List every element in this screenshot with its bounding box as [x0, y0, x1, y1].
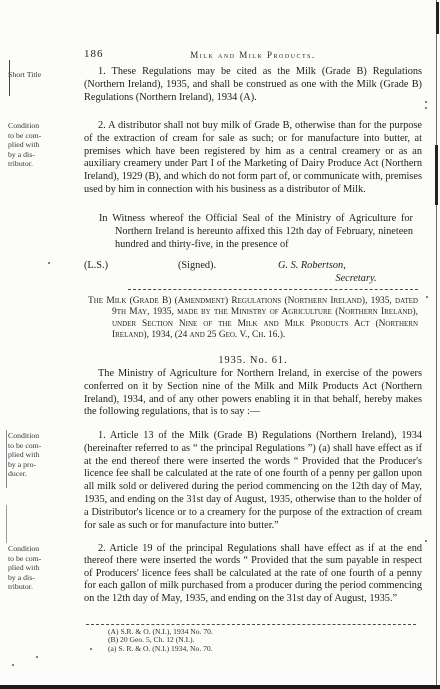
footnote-a: (a) S. R. & O. (N.I.) 1934, No. 70.	[108, 645, 408, 653]
signatory-title: Secretary.	[300, 273, 412, 284]
paragraph-2-distributor-condition: 2. A distributor shall not buy milk of G…	[84, 120, 422, 197]
signatory-name: G. S. Robertson,	[278, 260, 346, 271]
scan-artifact-right-edge-line	[436, 0, 437, 686]
signed-label: (Signed).	[178, 260, 216, 271]
preamble: The Ministry of Agriculture for Northern…	[84, 368, 422, 419]
running-header: Milk and Milk Products.	[84, 50, 422, 60]
scan-speck-5	[90, 648, 92, 650]
margin-note-condition-producer: Condition to be com- plied with by a pro…	[8, 431, 64, 479]
seal-mark: (L.S.)	[84, 260, 108, 271]
scan-artifact-left-line-2	[6, 430, 7, 488]
scan-speck-8	[425, 540, 427, 542]
witness-clause: In Witness whereof the Official Seal of …	[115, 213, 413, 251]
regulation-2-distributor-condition: 2. Article 19 of the principal Regulatio…	[84, 543, 422, 605]
scan-speck-6	[36, 656, 38, 658]
scan-artifact-right-thick-mark	[435, 145, 438, 205]
paragraph-1-short-title: 1. These Regulations may be cited as the…	[84, 66, 422, 104]
margin-note-condition-distributor-1: Condition to be com- plied with by a dis…	[8, 121, 64, 169]
section-divider-rule	[128, 289, 418, 290]
scan-speck-4	[48, 262, 50, 264]
scan-speck-3	[426, 296, 428, 298]
footnote-rule	[86, 624, 416, 625]
scan-speck-2	[425, 107, 427, 109]
scan-artifact-top-right-mark	[436, 2, 439, 34]
scan-artifact-left-line-1	[9, 60, 10, 96]
scan-artifact-left-line-3	[6, 505, 7, 543]
regulation-1-producer-condition: 1. Article 13 of the Milk (Grade B) Regu…	[84, 430, 422, 532]
footnotes-block: (A) S.R. & O. (N.I.), 1934 No. 70. (B) 2…	[108, 628, 408, 653]
margin-note-short-title: Short Title	[8, 70, 64, 80]
scan-speck-7	[12, 664, 14, 666]
margin-note-condition-distributor-2: Condition to be com- plied with by a dis…	[8, 544, 64, 592]
amendment-regulations-heading: The Milk (Grade B) (Amendment) Regulatio…	[88, 296, 418, 342]
statutory-rule-number: 1935. No. 61.	[84, 355, 422, 366]
scan-speck-1	[425, 101, 427, 103]
scanned-document-page: 186 Milk and Milk Products. Short Title …	[0, 0, 440, 689]
scan-artifact-bottom-border	[0, 685, 440, 689]
